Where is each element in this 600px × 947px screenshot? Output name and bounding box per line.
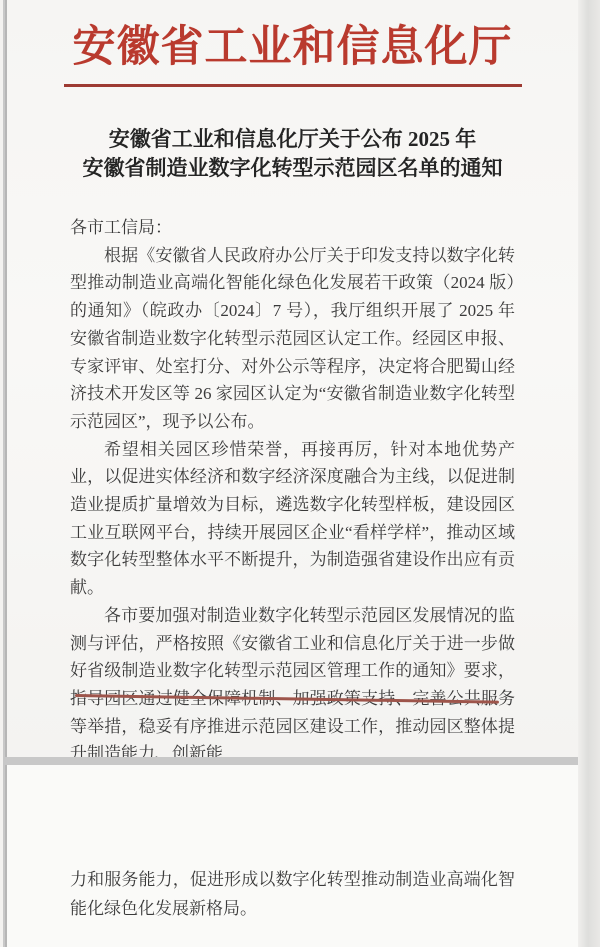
notice-title-line2: 安徽省制造业数字化转型示范园区名单的通知 (83, 156, 503, 180)
body-paragraph-3-continued: 力和服务能力，促进形成以数字化转型推动制造业高端化智能化绿色化发展新格局。 (70, 765, 515, 923)
notice-body: 各市工信局： 根据《安徽省人民政府办公厅关于印发支持以数字化转型推动制造业高端化… (70, 214, 515, 757)
notice-page-1: 安徽省工业和信息化厅 安徽省工业和信息化厅关于公布 2025 年 安徽省制造业数… (5, 0, 578, 757)
document-photo: 安徽省工业和信息化厅 安徽省工业和信息化厅关于公布 2025 年 安徽省制造业数… (0, 0, 600, 947)
notice-title-line1: 安徽省工业和信息化厅关于公布 2025 年 (109, 127, 477, 151)
salutation: 各市工信局： (70, 214, 515, 242)
header-rule (64, 84, 522, 87)
agency-header: 安徽省工业和信息化厅 (7, 22, 578, 74)
body-paragraph-2: 希望相关园区珍惜荣誉，再接再厉，针对本地优势产业，以促进实体经济和数字经济深度融… (70, 436, 515, 602)
photo-right-edge (578, 0, 600, 947)
notice-page-2: 力和服务能力，促进形成以数字化转型推动制造业高端化智能化绿色化发展新格局。 (5, 765, 578, 947)
notice-title: 安徽省工业和信息化厅关于公布 2025 年 安徽省制造业数字化转型示范园区名单的… (7, 125, 578, 183)
body-paragraph-1: 根据《安徽省人民政府办公厅关于印发支持以数字化转型推动制造业高端化智能化绿色化发… (70, 242, 515, 436)
body-paragraph-3: 各市要加强对制造业数字化转型示范园区发展情况的监测与评估，严格按照《安徽省工业和… (70, 602, 515, 757)
photo-left-edge (0, 0, 3, 947)
